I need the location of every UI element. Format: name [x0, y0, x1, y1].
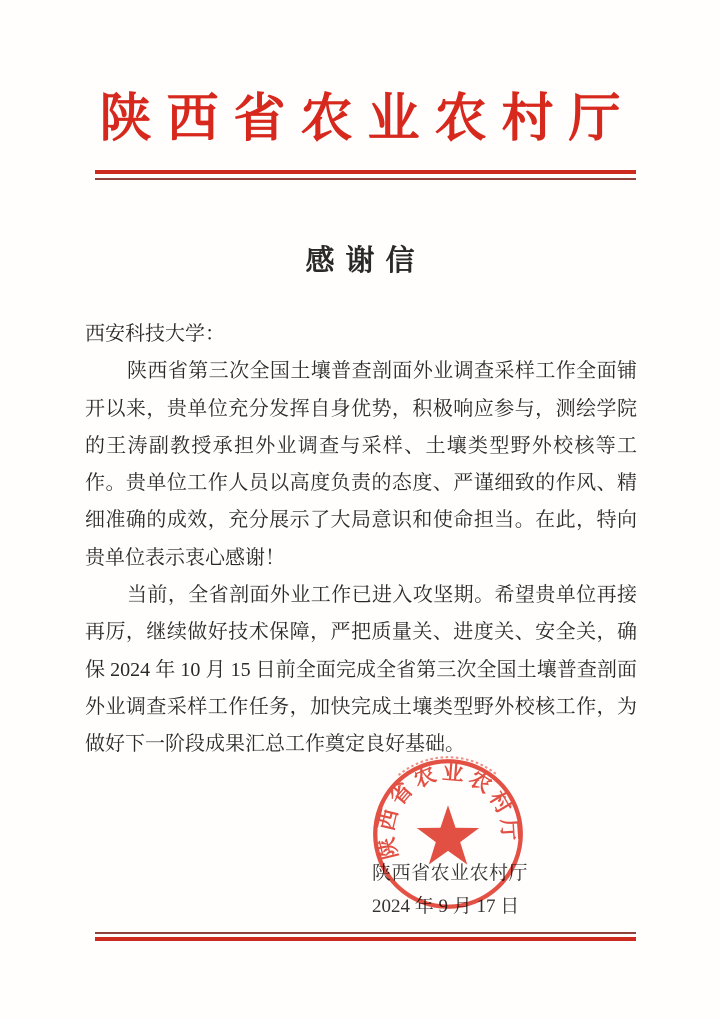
- bottom-rule-thick: [95, 937, 636, 941]
- body-line: 西安科技大学：: [85, 316, 637, 353]
- letter-title: 感谢信: [0, 238, 720, 279]
- letter-body: 西安科技大学：陕西省第三次全国土壤普查剖面外业调查采样工作全面铺开以来，贵单位充…: [85, 316, 637, 764]
- body-line: 外业调查采样工作任务，加快完成土壤类型野外校核工作，为: [85, 689, 637, 726]
- body-line: 细准确的成效，充分展示了大局意识和使命担当。在此，特向: [85, 502, 637, 539]
- body-line: 陕西省第三次全国土壤普查剖面外业调查采样工作全面铺: [85, 353, 637, 390]
- letterhead-org-name: 陕西省农业农村厅: [0, 76, 720, 151]
- body-line: 保 2024 年 10 月 15 日前全面完成全省第三次全国土壤普查剖面: [85, 652, 637, 689]
- body-line: 贵单位表示衷心感谢！: [85, 540, 637, 577]
- official-seal-stamp: 陕西省农业农村厅: [366, 752, 530, 916]
- body-line: 做好下一阶段成果汇总工作奠定良好基础。: [85, 726, 637, 763]
- body-line: 再厉，继续做好技术保障，严把质量关、进度关、安全关，确: [85, 614, 637, 651]
- seal-star-icon: [417, 805, 479, 864]
- body-line: 作。贵单位工作人员以高度负责的态度、严谨细致的作风、精: [85, 465, 637, 502]
- body-line: 的王涛副教授承担外业调查与采样、土壤类型野外校核等工: [85, 428, 637, 465]
- bottom-rule-thin: [95, 932, 636, 934]
- letter-page: 陕西省农业农村厅 感谢信 西安科技大学：陕西省第三次全国土壤普查剖面外业调查采样…: [0, 0, 720, 1018]
- top-rule-thin: [95, 178, 636, 180]
- body-line: 开以来，贵单位充分发挥自身优势，积极响应参与，测绘学院: [85, 391, 637, 428]
- body-line: 当前，全省剖面外业工作已进入攻坚期。希望贵单位再接: [85, 577, 637, 614]
- top-rule-thick: [95, 170, 636, 174]
